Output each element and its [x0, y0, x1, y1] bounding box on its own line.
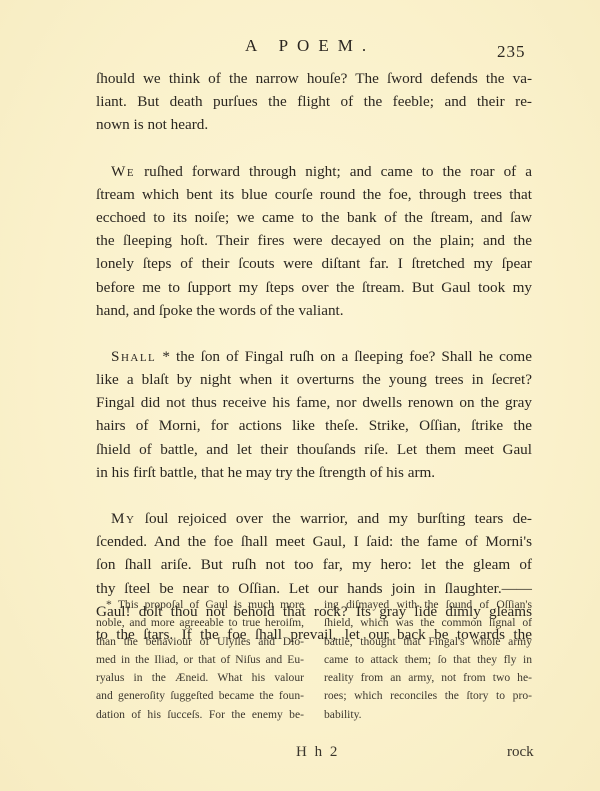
text-line: before me to ſupport my ſteps over the ſ… [96, 276, 532, 299]
text-line-rest: * the ſon of Fingal ruſh on a ſleeping f… [156, 348, 532, 365]
text-line-first: Shall * the ſon of Fingal ruſh on a ſlee… [96, 345, 532, 368]
body-text: ſhould we think of the narrow houſe? The… [96, 67, 532, 646]
text-line: ſhould we think of the narrow houſe? The… [96, 67, 532, 90]
footnote-line: * This propoſal of Gaul is much more [96, 596, 304, 614]
footnote-right-column: ing diſmayed with the ſound of Oſſian's … [324, 596, 532, 724]
footnote-line: bability. [324, 706, 532, 724]
catchword: rock [507, 744, 534, 761]
footnote-line: ing diſmayed with the ſound of Oſſian's [324, 596, 532, 614]
running-title: A POEM. [245, 36, 375, 56]
footnote-line: and generoſity ſuggeſted became the foun… [96, 687, 304, 705]
text-line: hand, and ſpoke the words of the valiant… [96, 299, 532, 322]
footnote-line: roes; which reconciles the ſtory to pro- [324, 687, 532, 705]
text-line: hairs of Morni, for actions like theſe. … [96, 414, 532, 437]
signature-mark: H h 2 [296, 744, 339, 761]
text-line: ſhield of battle, and let their thouſand… [96, 438, 532, 461]
footnote-line: reality from an army, not from two he- [324, 669, 532, 687]
text-line: ecchoed to its noiſe; we came to the ban… [96, 206, 532, 229]
footnote-line: came to attack them; ſo that they fly in [324, 651, 532, 669]
text-line-rest: ſoul rejoiced over the warrior, and my b… [135, 510, 532, 527]
footnote-line: battle, thought that Fingal's whole army [324, 633, 532, 651]
footnote-left-column: * This propoſal of Gaul is much more nob… [96, 596, 304, 724]
footnote: * This propoſal of Gaul is much more nob… [96, 596, 532, 724]
paragraph-continuation: ſhould we think of the narrow houſe? The… [96, 67, 532, 137]
text-line: nown is not heard. [96, 113, 532, 136]
text-line: ſon ſhall ariſe. But ruſh not too far, m… [96, 553, 532, 576]
text-line-first: My ſoul rejoiced over the warrior, and m… [96, 507, 532, 530]
running-head: A POEM. 235 [0, 36, 600, 66]
text-line: in his firſt battle, that he may try the… [96, 461, 532, 484]
text-line: ſcended. And the foe ſhall meet Gaul, I … [96, 530, 532, 553]
paragraph-lead-word: Shall [111, 348, 156, 365]
paragraph-lead-word: My [111, 510, 135, 527]
page-number: 235 [497, 42, 526, 62]
text-line: Fingal did not thus receive his fame, no… [96, 391, 532, 414]
footnote-line: dation of his ſucceſs. For the enemy be- [96, 706, 304, 724]
text-line: like a blaſt by night when it overturns … [96, 368, 532, 391]
text-line-rest: ruſhed forward through night; and came t… [135, 163, 532, 180]
footnote-line: noble, and more agreeable to true heroiſ… [96, 614, 304, 632]
footnote-line: ryalus in the Æneid. What his valour [96, 669, 304, 687]
paragraph-lead-word: We [111, 163, 135, 180]
text-line: lonely ſteps of their ſcouts were diſtan… [96, 252, 532, 275]
footnote-line: than the behaviour of Ulyſſes and Dio- [96, 633, 304, 651]
footnote-line: med in the Iliad, or that of Niſus and E… [96, 651, 304, 669]
footnote-line: ſhield, which was the common ſignal of [324, 614, 532, 632]
text-line: ſtream which bent its blue courſe round … [96, 183, 532, 206]
paragraph-we-rushed: We ruſhed forward through night; and cam… [96, 160, 532, 322]
text-line-first: We ruſhed forward through night; and cam… [96, 160, 532, 183]
text-line: liant. But death purſues the flight of t… [96, 90, 532, 113]
paragraph-shall: Shall * the ſon of Fingal ruſh on a ſlee… [96, 345, 532, 484]
text-line: the ſleeping hoſt. Their fires were deca… [96, 229, 532, 252]
